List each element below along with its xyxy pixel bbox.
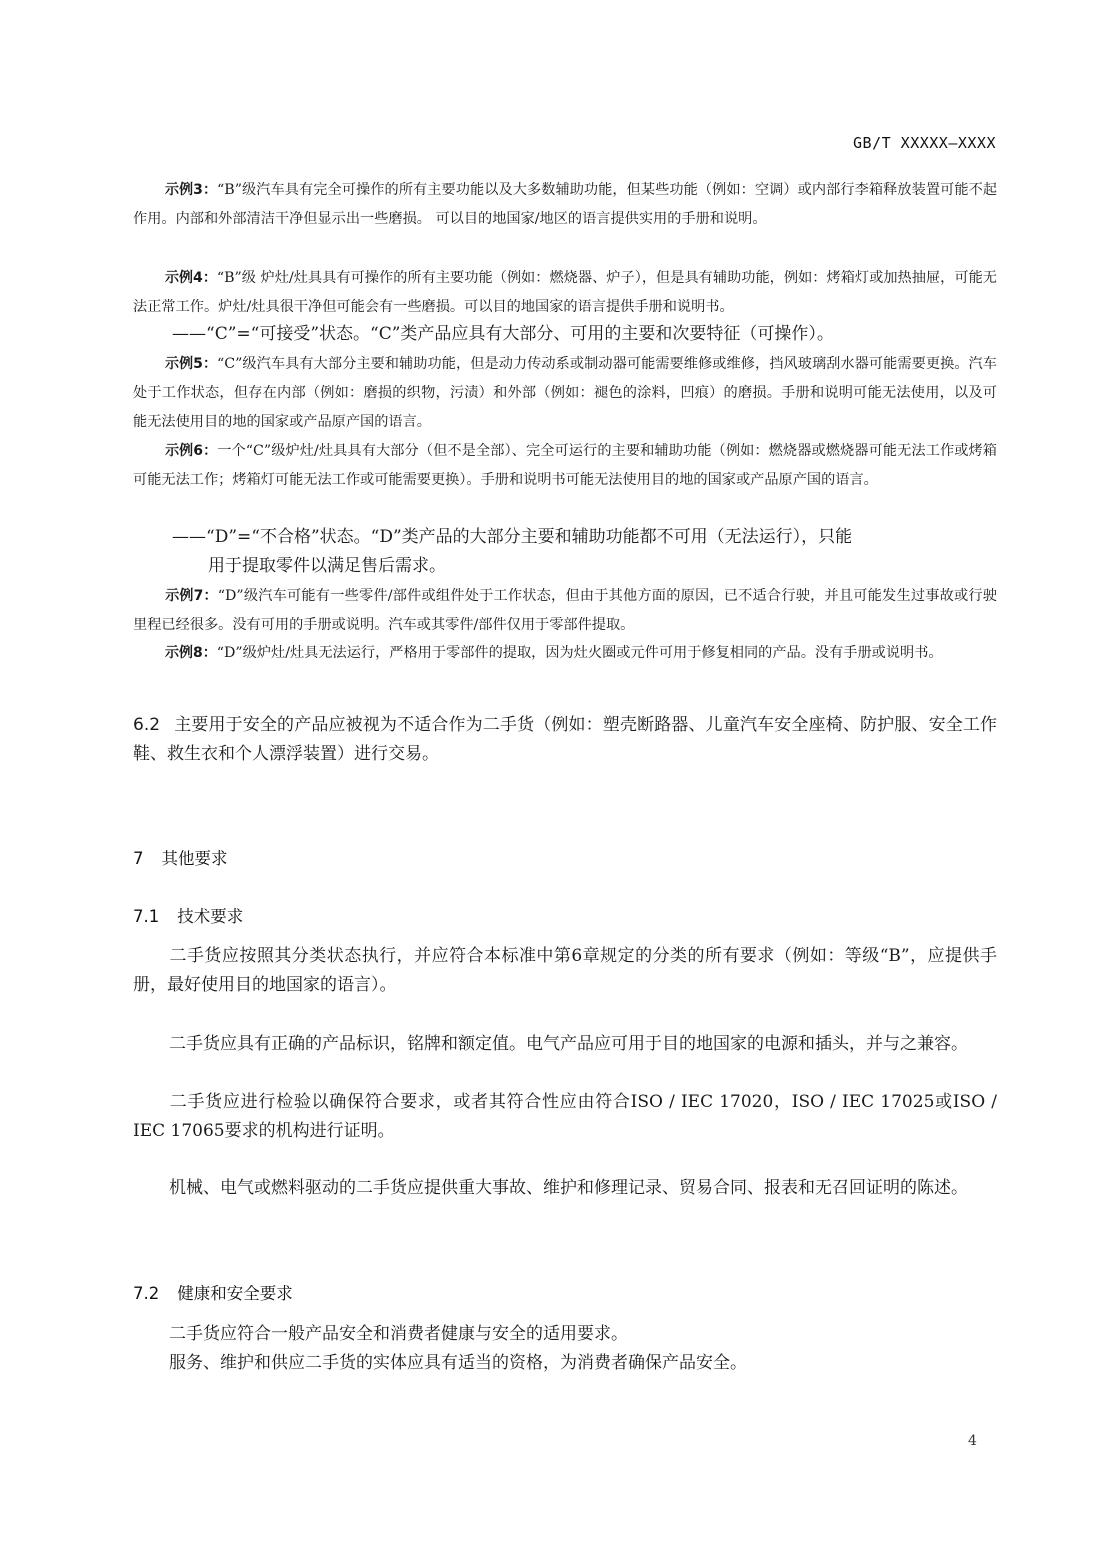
grade-d-line-2: 用于提取零件以满足售后需求。 xyxy=(172,552,997,581)
page-number: 4 xyxy=(968,1433,977,1449)
example-3: 示例3：“B”级汽车具有完全可操作的所有主要功能以及大多数辅助功能，但某些功能（… xyxy=(133,176,997,234)
example-8: 示例8：“D”级炉灶/灶具无法运行，严格用于零部件的提取，因为灶火圈或元件可用于… xyxy=(133,639,997,668)
document-page: GB/T XXXXX—XXXX 示例3：“B”级汽车具有完全可操作的所有主要功能… xyxy=(0,0,1102,1559)
example-label: 示例6： xyxy=(165,443,217,459)
example-label: 示例8： xyxy=(165,645,217,661)
paragraph-text: 二手货应按照其分类状态执行，并应符合本标准中第6章规定的分类的所有要求（例如：等… xyxy=(133,946,997,995)
clause-number: 6.2 xyxy=(133,715,160,735)
example-label: 示例7： xyxy=(165,588,218,604)
section-title: 其他要求 xyxy=(162,849,228,868)
section-number: 7 xyxy=(133,849,144,868)
section-7-heading: 7其他要求 xyxy=(133,845,228,869)
grade-d-line-1: ——“D”=“不合格”状态。“D”类产品的大部分主要和辅助功能都不可用（无法运行… xyxy=(172,527,852,547)
example-text: “D”级汽车可能有一些零件/部件或组件处于工作状态，但由于其他方面的原因，已不适… xyxy=(133,588,997,633)
example-label: 示例3： xyxy=(165,182,217,198)
example-label: 示例4： xyxy=(165,270,217,286)
example-4: 示例4：“B”级 炉灶/灶具具有可操作的所有主要功能（例如：燃烧器、炉子），但是… xyxy=(133,264,997,322)
paragraph-text: 二手货应符合一般产品安全和消费者健康与安全的适用要求。 xyxy=(169,1324,628,1344)
paragraph-text: 二手货应进行检验以确保符合要求，或者其符合性应由符合ISO / IEC 1702… xyxy=(133,1092,997,1141)
paragraph: 二手货应进行检验以确保符合要求，或者其符合性应由符合ISO / IEC 1702… xyxy=(133,1088,997,1146)
paragraph-text: 二手货应具有正确的产品标识，铭牌和额定值。电气产品应可用于目的地国家的电源和插头… xyxy=(169,1034,968,1054)
paragraph-text: 服务、维护和供应二手货的实体应具有适当的资格，为消费者确保产品安全。 xyxy=(169,1353,747,1373)
document-code: GB/T XXXXX—XXXX xyxy=(853,134,996,152)
clause-6-2: 6.2主要用于安全的产品应被视为不适合作为二手货（例如：塑壳断路器、儿童汽车安全… xyxy=(133,711,997,769)
section-7-1-heading: 7.1技术要求 xyxy=(133,903,243,927)
example-text: “D”级炉灶/灶具无法运行，严格用于零部件的提取，因为灶火圈或元件可用于修复相同… xyxy=(217,645,943,661)
paragraph: 机械、电气或燃料驱动的二手货应提供重大事故、维护和修理记录、贸易合同、报表和无召… xyxy=(133,1174,997,1203)
section-number: 7.2 xyxy=(133,1284,159,1303)
example-text: “B”级汽车具有完全可操作的所有主要功能以及大多数辅助功能，但某些功能（例如：空… xyxy=(133,182,997,227)
section-number: 7.1 xyxy=(133,907,159,926)
example-5: 示例5：“C”级汽车具有大部分主要和辅助功能，但是动力传动系或制动器可能需要维修… xyxy=(133,350,997,437)
example-7: 示例7：“D”级汽车可能有一些零件/部件或组件处于工作状态，但由于其他方面的原因… xyxy=(133,582,997,640)
grade-c-definition: ——“C”=“可接受”状态。“C”类产品应具有大部分、可用的主要和次要特征（可操… xyxy=(172,320,997,349)
paragraph: 服务、维护和供应二手货的实体应具有适当的资格，为消费者确保产品安全。 xyxy=(133,1349,997,1378)
paragraph: 二手货应具有正确的产品标识，铭牌和额定值。电气产品应可用于目的地国家的电源和插头… xyxy=(133,1030,997,1059)
example-text: “C”级汽车具有大部分主要和辅助功能，但是动力传动系或制动器可能需要维修或维修，… xyxy=(133,356,997,430)
example-label: 示例5： xyxy=(165,356,217,372)
section-7-2-heading: 7.2健康和安全要求 xyxy=(133,1280,293,1304)
paragraph: 二手货应按照其分类状态执行，并应符合本标准中第6章规定的分类的所有要求（例如：等… xyxy=(133,942,997,1000)
example-text: 一个“C”级炉灶/灶具具有大部分（但不是全部）、完全可运行的主要和辅助功能（例如… xyxy=(133,443,997,488)
section-title: 健康和安全要求 xyxy=(177,1284,293,1303)
paragraph: 二手货应符合一般产品安全和消费者健康与安全的适用要求。 xyxy=(133,1320,997,1349)
section-title: 技术要求 xyxy=(177,907,243,926)
example-6: 示例6：一个“C”级炉灶/灶具具有大部分（但不是全部）、完全可运行的主要和辅助功… xyxy=(133,437,997,495)
clause-text: 主要用于安全的产品应被视为不适合作为二手货（例如：塑壳断路器、儿童汽车安全座椅、… xyxy=(133,715,997,764)
grade-d-definition: ——“D”=“不合格”状态。“D”类产品的大部分主要和辅助功能都不可用（无法运行… xyxy=(172,523,997,581)
paragraph-text: 机械、电气或燃料驱动的二手货应提供重大事故、维护和修理记录、贸易合同、报表和无召… xyxy=(169,1178,968,1198)
example-text: “B”级 炉灶/灶具具有可操作的所有主要功能（例如：燃烧器、炉子），但是具有辅助… xyxy=(133,270,997,315)
